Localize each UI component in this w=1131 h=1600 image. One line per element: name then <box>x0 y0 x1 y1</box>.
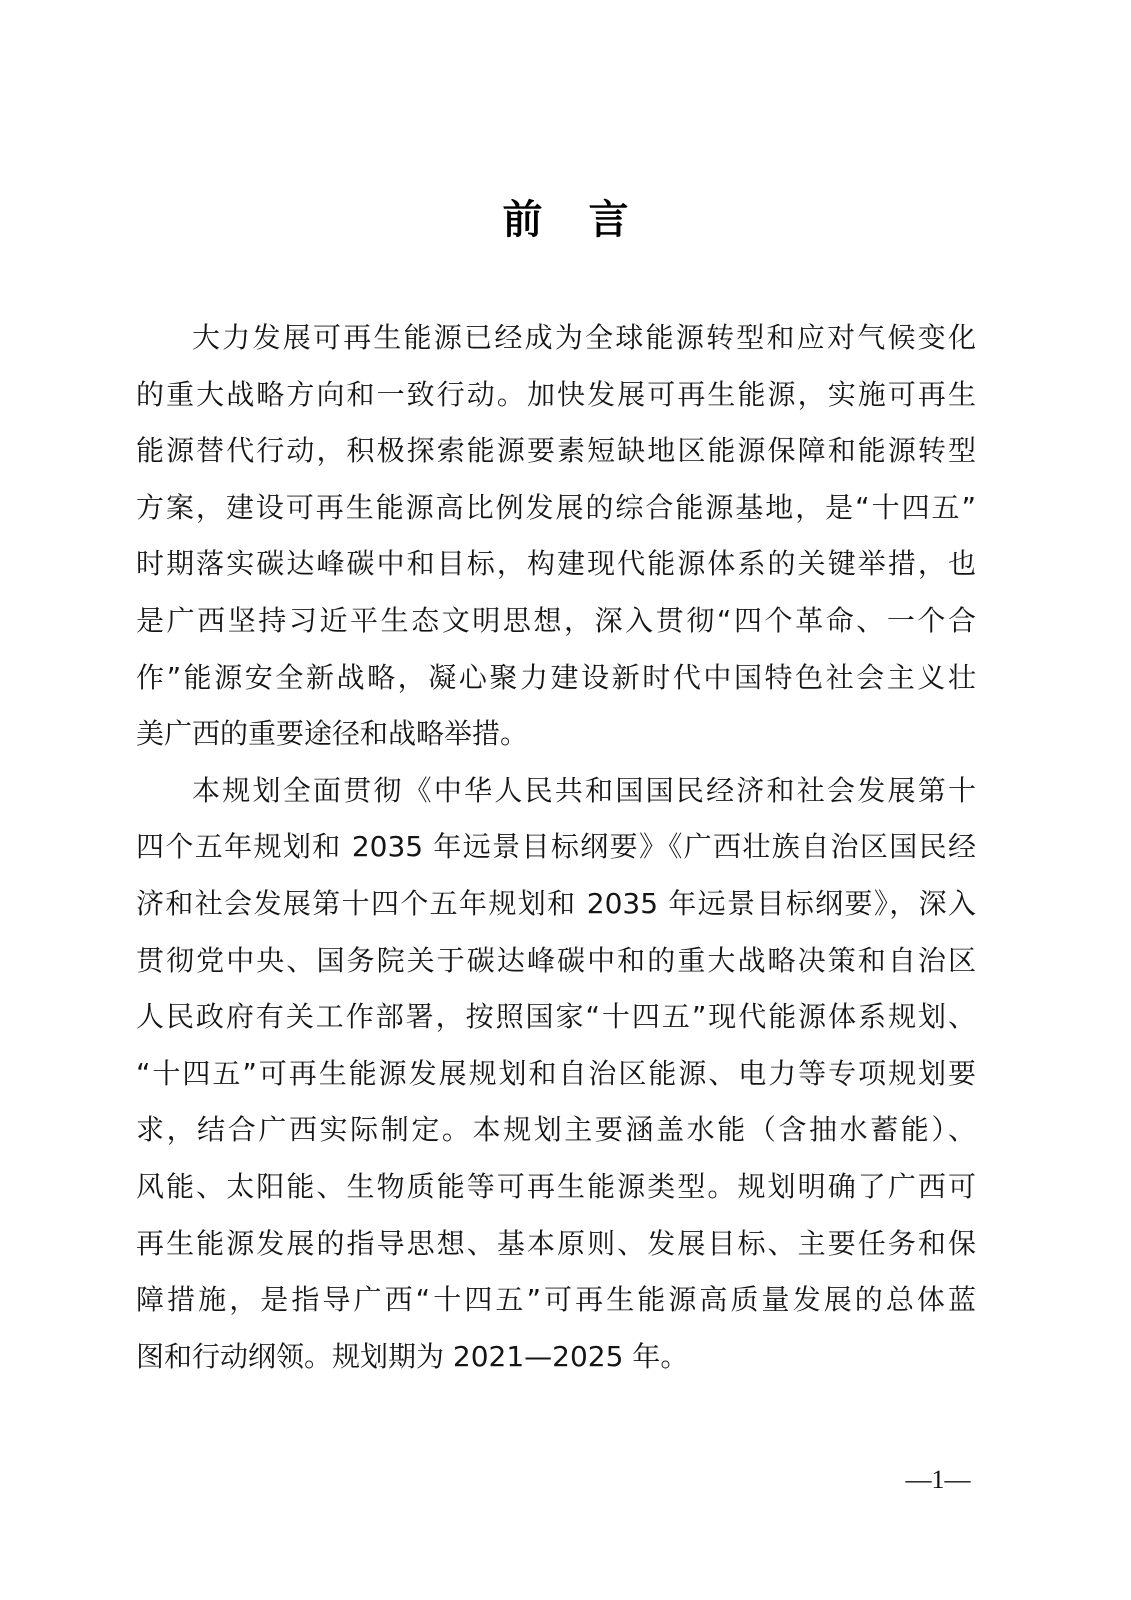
paragraph-2-line-8: 风能、太阳能、生物质能等可再生能源类型。规划明确了广西可 <box>136 1159 976 1216</box>
paragraph-2-line-10: 障措施，是指导广西“十四五”可再生能源高质量发展的总体蓝 <box>136 1272 976 1329</box>
paragraph-1-line-2: 的重大战略方向和一致行动。加快发展可再生能源，实施可再生 <box>136 367 976 424</box>
paragraph-1-line-3: 能源替代行动，积极探索能源要素短缺地区能源保障和能源转型 <box>136 423 976 480</box>
paragraph-2-line-2: 四个五年规划和 2035 年远景目标纲要》《广西壮族自治区国民经 <box>136 819 976 876</box>
paragraph-1-line-5: 时期落实碳达峰碳中和目标，构建现代能源体系的关键举措，也 <box>136 536 976 593</box>
paragraph-2-line-1: 本规划全面贯彻《中华人民共和国国民经济和社会发展第十 <box>136 763 976 820</box>
paragraph-1-line-4: 方案，建设可再生能源高比例发展的综合能源基地，是“十四五” <box>136 480 976 537</box>
page-title: 前言 <box>0 190 1131 250</box>
body-text: 大力发展可再生能源已经成为全球能源转型和应对气候变化 的重大战略方向和一致行动。… <box>136 310 976 1385</box>
paragraph-2-line-9: 再生能源发展的指导思想、基本原则、发展目标、主要任务和保 <box>136 1216 976 1273</box>
paragraph-2-line-5: 人民政府有关工作部署，按照国家“十四五”现代能源体系规划、 <box>136 989 976 1046</box>
paragraph-2-line-11: 图和行动纲领。规划期为 2021—2025 年。 <box>136 1329 976 1386</box>
page-number: —1— <box>898 1460 978 1500</box>
paragraph-2-line-6: “十四五”可再生能源发展规划和自治区能源、电力等专项规划要 <box>136 1046 976 1103</box>
paragraph-2-line-3: 济和社会发展第十四个五年规划和 2035 年远景目标纲要》，深入 <box>136 876 976 933</box>
document-page: 前言 大力发展可再生能源已经成为全球能源转型和应对气候变化 的重大战略方向和一致… <box>0 0 1131 1600</box>
paragraph-1-line-6: 是广西坚持习近平生态文明思想，深入贯彻“四个革命、一个合 <box>136 593 976 650</box>
paragraph-2-line-4: 贯彻党中央、国务院关于碳达峰碳中和的重大战略决策和自治区 <box>136 933 976 990</box>
paragraph-1-line-7: 作”能源安全新战略，凝心聚力建设新时代中国特色社会主义壮 <box>136 650 976 707</box>
paragraph-1-line-1: 大力发展可再生能源已经成为全球能源转型和应对气候变化 <box>136 310 976 367</box>
paragraph-2-line-7: 求，结合广西实际制定。本规划主要涵盖水能（含抽水蓄能）、 <box>136 1102 976 1159</box>
paragraph-1-line-8: 美广西的重要途径和战略举措。 <box>136 706 976 763</box>
